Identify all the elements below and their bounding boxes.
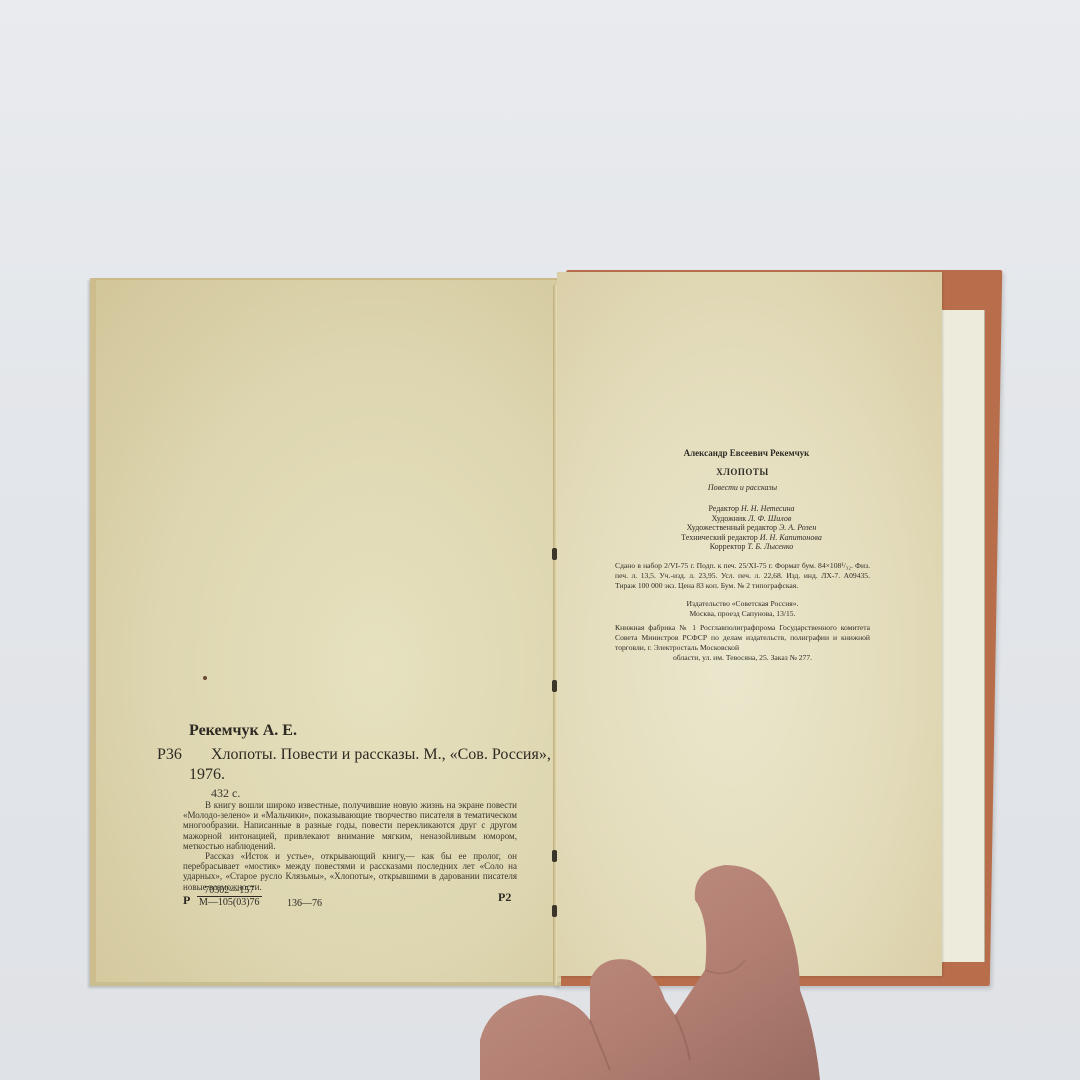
staff-row: Редактор Н. Н. Нетесина <box>633 504 870 514</box>
staff-row: Технический редактор И. Н. Капитонова <box>633 533 870 543</box>
publisher-address: Москва, проезд Сапунова, 13/15. <box>615 609 870 619</box>
page-count: 432 с. <box>211 786 240 801</box>
staff-role: Редактор <box>708 504 739 513</box>
colophon: Александр Евсеевич Рекемчук ХЛОПОТЫ Пове… <box>615 448 870 663</box>
code-suffix: 136—76 <box>287 898 322 909</box>
staff-role: Технический редактор <box>681 533 758 542</box>
staff-name: Н. Н. Нетесина <box>741 504 795 513</box>
staff-role: Художественный редактор <box>687 523 777 532</box>
hand <box>480 860 840 1080</box>
annotation-paragraph: В книгу вошли широко известные, получивш… <box>183 800 517 851</box>
printing-house: Книжная фабрика № 1 Росглавполиграфпрома… <box>615 623 870 663</box>
staff-role: Корректор <box>710 542 746 551</box>
print-info: Сдано в набор 2/VI-75 г. Подп. к печ. 25… <box>615 561 870 591</box>
printing-house-order: области, ул. им. Тевосяна, 25. Заказ № 2… <box>615 653 870 663</box>
catalog-fraction: 70302—157 М—105(03)76 <box>197 885 262 908</box>
publisher-name: Издательство «Советская Россия». <box>615 599 870 609</box>
printing-house-text: Книжная фабрика № 1 Росглавполиграфпрома… <box>615 623 870 653</box>
staff-name: И. Н. Капитонова <box>760 533 822 542</box>
fraction-denominator: М—105(03)76 <box>197 897 262 908</box>
catalog-author: Рекемчук А. Е. <box>189 722 297 740</box>
staff-row: Корректор Т. Б. Лысенко <box>633 542 870 552</box>
classification-code: Р36 <box>157 746 182 764</box>
staff-row: Художественный редактор Э. А. Розен <box>633 523 870 533</box>
staff-row: Художник Л. Ф. Шилов <box>633 514 870 524</box>
staff-name: Э. А. Розен <box>779 523 816 532</box>
staff-name: Л. Ф. Шилов <box>748 514 791 523</box>
photo-scene: Рекемчук А. Е. Р36 Хлопоты. Повести и ра… <box>0 0 1080 1080</box>
colophon-title: ХЛОПОТЫ <box>615 467 870 477</box>
binding-stitch <box>552 680 557 692</box>
colophon-subtitle: Повести и рассказы <box>615 483 870 492</box>
staff-role: Художник <box>712 514 746 523</box>
catalog-title: Хлопоты. Повести и рассказы. М., «Сов. Р… <box>211 746 551 764</box>
code-prefix: Р <box>183 893 190 908</box>
binding-stitch <box>552 548 557 560</box>
annotation: В книгу вошли широко известные, получивш… <box>183 800 517 892</box>
staff-list: Редактор Н. Н. Нетесина Художник Л. Ф. Ш… <box>615 504 870 552</box>
staff-name: Т. Б. Лысенко <box>747 542 793 551</box>
fraction-numerator: 70302—157 <box>197 885 262 897</box>
catalog-year: 1976. <box>189 766 225 784</box>
colophon-author: Александр Евсеевич Рекемчук <box>623 448 870 458</box>
publisher: Издательство «Советская Россия». Москва,… <box>615 599 870 619</box>
ink-spot <box>203 676 207 680</box>
